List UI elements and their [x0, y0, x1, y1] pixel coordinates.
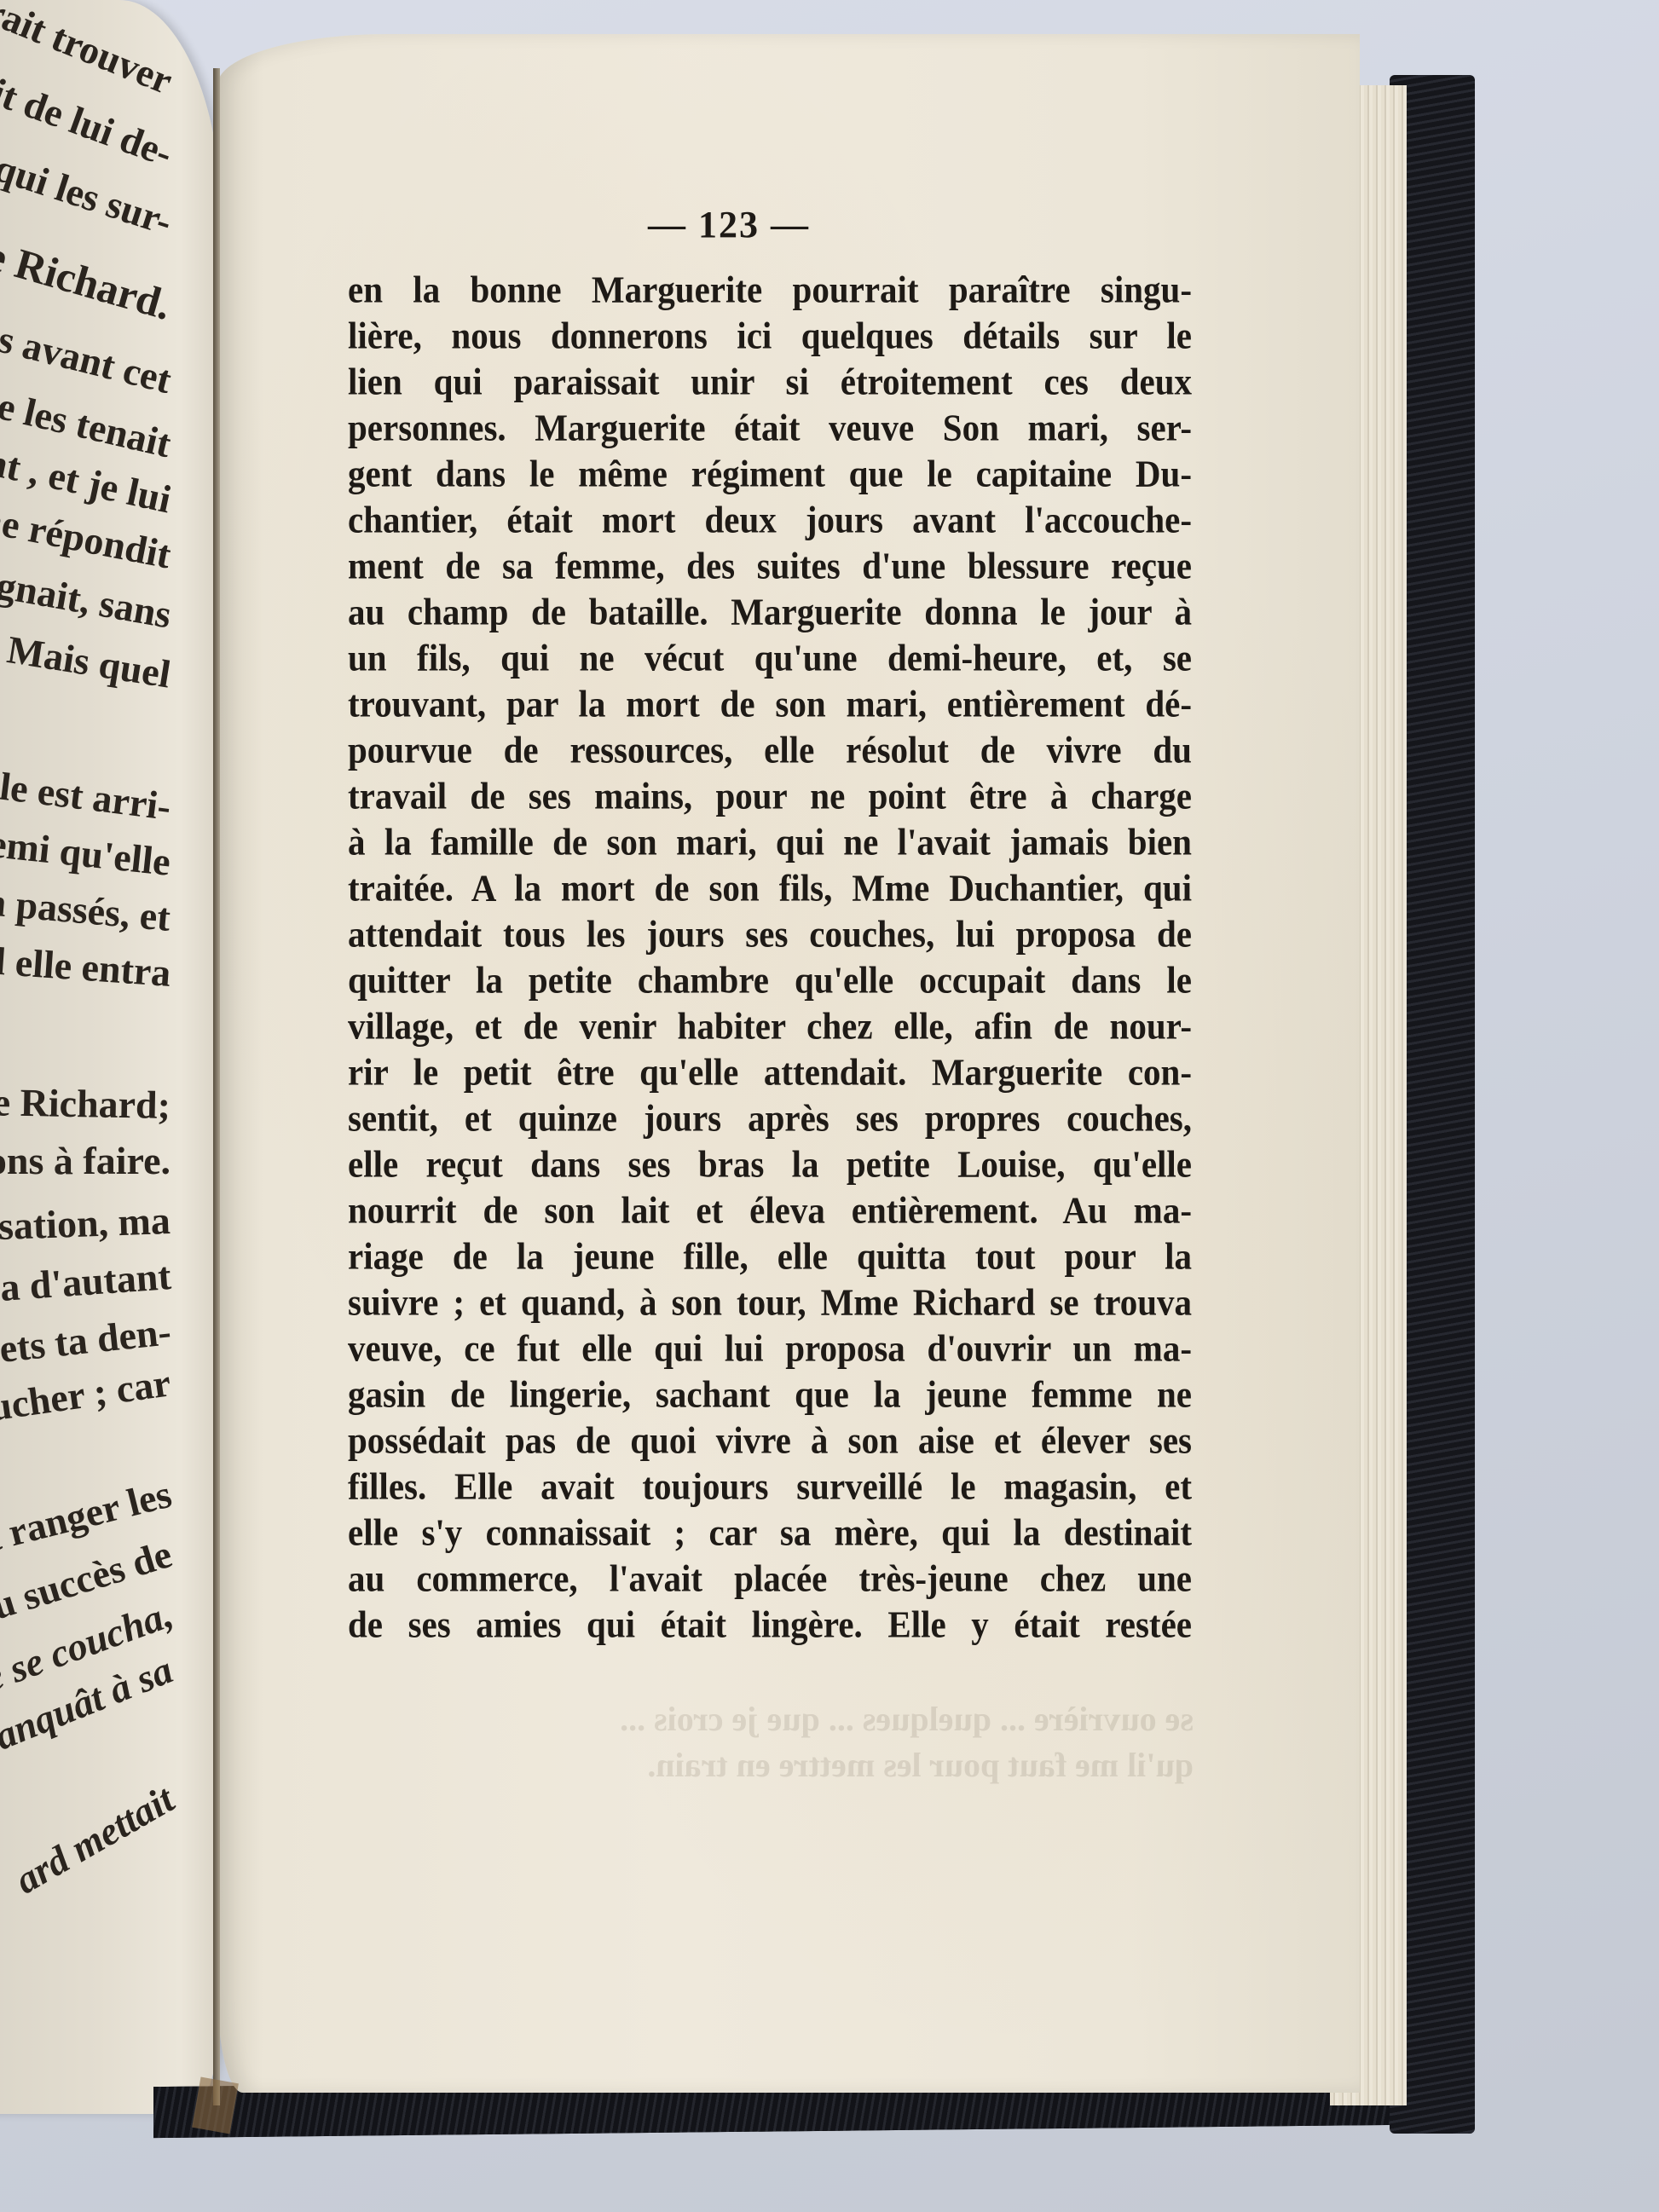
text-line: village, et de venir habiter chez elle, … — [348, 1001, 1192, 1050]
show-through-line: se ouvrière ... quelques ... que je croi… — [358, 1696, 1194, 1742]
text-line: au commerce, l'avait placée très-jeune c… — [348, 1553, 1192, 1603]
text-line: ment de sa femme, des suites d'une bless… — [348, 540, 1192, 590]
text-line: pourvue de ressources, elle résolut de v… — [348, 725, 1192, 774]
text-line: chantier, était mort deux jours avant l'… — [348, 494, 1192, 544]
text-line: sentit, et quinze jours après ses propre… — [348, 1093, 1192, 1142]
text-line: trouvant, par la mort de son mari, entiè… — [348, 679, 1192, 728]
text-line: elle s'y connaissait ; car sa mère, qui … — [348, 1507, 1192, 1556]
left-line: versation, ma — [0, 1198, 171, 1250]
text-line: en la bonne Marguerite pourrait paraître… — [348, 264, 1192, 314]
text-line: veuve, ce fut elle qui lui proposa d'ouv… — [348, 1323, 1192, 1372]
text-line: possédait pas de quoi vivre à son aise e… — [348, 1415, 1192, 1464]
page-number: — 123 — — [648, 203, 810, 246]
text-line: à la famille de son mari, qui ne l'avait… — [348, 817, 1192, 866]
left-line: urons à faire. — [0, 1138, 171, 1183]
text-line: lière, nous donnerons ici quelques détai… — [348, 310, 1192, 360]
show-through-line: qu'il me faut pour les mettre en train. — [358, 1742, 1194, 1788]
left-line: Mme Richard; — [0, 1078, 171, 1128]
text-line: de ses amies qui était lingère. Elle y é… — [348, 1599, 1192, 1649]
text-line: riage de la jeune fille, elle quitta tou… — [348, 1231, 1192, 1280]
left-page — [0, 0, 222, 2114]
show-through-text: se ouvrière ... quelques ... que je croi… — [358, 1696, 1194, 1788]
text-line: suivre ; et quand, à son tour, Mme Richa… — [348, 1277, 1192, 1326]
text-line: lien qui paraissait unir si étroitement … — [348, 356, 1192, 406]
text-line: nourrit de son lait et éleva entièrement… — [348, 1185, 1192, 1234]
text-line: elle reçut dans ses bras la petite Louis… — [348, 1139, 1192, 1188]
text-line: rir le petit être qu'elle attendait. Mar… — [348, 1047, 1192, 1096]
text-line: personnes. Marguerite était veuve Son ma… — [348, 402, 1192, 452]
text-line: traitée. A la mort de son fils, Mme Duch… — [348, 863, 1192, 912]
text-line: gent dans le même régiment que le capita… — [348, 448, 1192, 498]
text-line: un fils, qui ne vécut qu'une demi-heure,… — [348, 632, 1192, 682]
text-line: travail de ses mains, pour ne point être… — [348, 771, 1192, 820]
text-line: quitter la petite chambre qu'elle occupa… — [348, 955, 1192, 1004]
text-line: gasin de lingerie, sachant que la jeune … — [348, 1369, 1192, 1418]
text-line: filles. Elle avait toujours surveillé le… — [348, 1461, 1192, 1510]
text-line: au champ de bataille. Marguerite donna l… — [348, 586, 1192, 636]
book-photo: saurait trouver rait de lui de- le qui l… — [0, 0, 1659, 2212]
text-line: attendait tous les jours ses couches, lu… — [348, 909, 1192, 958]
book-gutter — [213, 68, 220, 2105]
